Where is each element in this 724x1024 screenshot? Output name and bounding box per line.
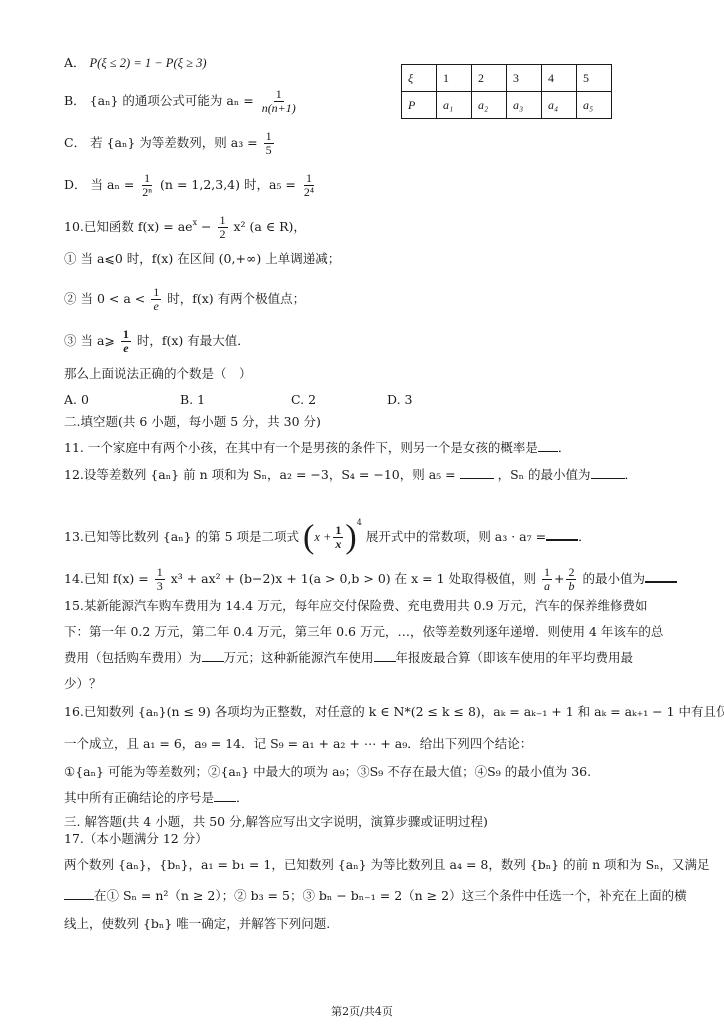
denominator: x	[333, 538, 343, 551]
fraction: 1e	[121, 328, 131, 355]
punct: ．	[236, 790, 249, 805]
question-text: 14.已知 f(x) =	[64, 571, 149, 586]
question-text: 在① Sₙ = n²（n ≥ 2）；② b₃ = 5；③ bₙ − bₙ₋₁ =…	[94, 888, 687, 903]
section-3-title: 三. 解答题(共 4 小题，共 50 分,解答应写出文字说明，演算步骤或证明过程…	[64, 813, 488, 831]
answer-blank-2	[374, 649, 396, 662]
q16-line-4: 其中所有正确结论的序号是．	[64, 789, 249, 807]
denominator: 5	[264, 144, 274, 157]
q13: 13.已知等比数列 {aₙ} 的第 5 项是二项式 (x +1x)4 展开式中的…	[64, 514, 591, 551]
table-cell: ξ	[402, 65, 437, 92]
denominator: b	[566, 580, 576, 593]
question-text: 13.已知等比数列 {aₙ} 的第 5 项是二项式	[64, 529, 299, 544]
denominator: 2	[218, 228, 228, 241]
answer-blank-1	[202, 649, 224, 662]
question-text: 的最小值为	[582, 571, 645, 586]
question-text: 11. 一个家庭中有两个小孩，在其中有一个是男孩的条件下，则另一个是女孩的概率是	[64, 440, 538, 455]
q10-statement-1: ① 当 a⩽0 时，f(x) 在区间 (0,+∞) 上单调递减；	[64, 250, 340, 268]
exponent: 4	[357, 518, 362, 527]
numerator: 1	[333, 524, 343, 538]
table-cell: 5	[577, 65, 612, 92]
q15-line-2: 下：第一年 0.2 万元，第二年 0.4 万元，第三年 0.6 万元，…，依等差…	[64, 623, 663, 641]
numerator: 1	[264, 130, 274, 144]
q17-header: 17.（本小题满分 12 分）	[64, 830, 208, 848]
table-cell: 3	[507, 65, 542, 92]
punct: ．	[558, 440, 571, 455]
option-label: A．	[64, 55, 86, 70]
stem-text: −	[197, 219, 211, 234]
question-text: 12.设等差数列 {aₙ} 前 n 项和为 Sₙ，a₂ = −3，S₄ = −1…	[64, 467, 456, 482]
question-text: ，Sₙ 的最小值为	[498, 467, 591, 482]
left-paren: (	[303, 519, 314, 556]
q14: 14.已知 f(x) = 13 x³ + ax² + (b−2)x + 1(a …	[64, 566, 677, 593]
q9-option-c: C． 若 {aₙ} 为等差数列，则 a₃ = 15	[64, 130, 276, 157]
q12: 12.设等差数列 {aₙ} 前 n 项和为 Sₙ，a₂ = −3，S₄ = −1…	[64, 466, 637, 484]
q15-line-3: 费用（包括购车费用）为万元；这种新能源汽车使用年报废最合算（即该车使用的年平均费…	[64, 649, 633, 667]
q11: 11. 一个家庭中有两个小孩，在其中有一个是男孩的条件下，则另一个是女孩的概率是…	[64, 439, 570, 457]
option-label: B．	[64, 93, 86, 108]
question-text: 其中所有正确结论的序号是	[64, 790, 214, 805]
q17-line-2: 在① Sₙ = n²（n ≥ 2）；② b₃ = 5；③ bₙ − bₙ₋₁ =…	[64, 887, 687, 905]
statement-text: 时，f(x) 有两个极值点；	[167, 291, 305, 306]
denominator: e	[152, 300, 161, 313]
statement-text: ② 当 0 < a <	[64, 291, 145, 306]
binomial-term: x +	[314, 530, 331, 544]
fraction: 1n(n+1)	[260, 88, 298, 115]
q10-statement-2: ② 当 0 < a < 1e 时，f(x) 有两个极值点；	[64, 286, 305, 313]
option-text: 当 aₙ =	[91, 177, 135, 192]
table-cell: 4	[542, 65, 577, 92]
numerator: 1	[542, 566, 552, 580]
fraction: 2b	[566, 566, 576, 593]
fraction: 1e	[151, 286, 161, 313]
table-cell: 1	[437, 65, 472, 92]
numerator: 1	[274, 88, 284, 102]
option-text: {aₙ} 的通项公式可能为 aₙ =	[90, 93, 254, 108]
answer-blank-2	[591, 466, 625, 479]
q15-line-1: 15.某新能源汽车购车费用为 14.4 万元，每年应交付保险费、充电费用共 0.…	[64, 597, 648, 615]
option-text: (n = 1,2,3,4) 时，a₅ =	[160, 177, 296, 192]
table-cell: a₄	[542, 92, 577, 119]
option-a: A. 0	[64, 391, 89, 409]
stem-text: 10.已知函数 f(x) = ae	[64, 219, 193, 234]
q17-line-3: 线上，使数列 {bₙ} 唯一确定，并解答下列问题.	[64, 915, 330, 933]
numerator: 1	[142, 172, 152, 186]
denominator: 2ⁿ	[140, 186, 154, 199]
fraction: 12⁴	[302, 172, 316, 199]
statement-text: 时，f(x) 有最大值．	[137, 333, 250, 348]
table-cell: a₂	[472, 92, 507, 119]
table-row: P a₁ a₂ a₃ a₄ a₅	[402, 92, 612, 119]
option-c: C. 2	[291, 391, 316, 409]
table-cell: P	[402, 92, 437, 119]
option-label: D．	[64, 177, 87, 192]
q15-line-4: 少）？	[64, 675, 102, 693]
answer-blank	[214, 789, 236, 802]
answer-blank	[645, 569, 677, 583]
q10-statement-3: ③ 当 a⩾ 1e 时，f(x) 有最大值．	[64, 328, 250, 355]
punct: ．	[625, 467, 638, 482]
table-cell: a₅	[577, 92, 612, 119]
q10-question: 那么上面说法正确的个数是（ ）	[64, 365, 252, 383]
option-d: D. 3	[387, 391, 412, 409]
q9-option-b: B． {aₙ} 的通项公式可能为 aₙ = 1n(n+1)	[64, 88, 300, 115]
q10-stem: 10.已知函数 f(x) = aex − 12 x² (a ∈ R)，	[64, 214, 306, 241]
option-b: B. 1	[180, 391, 205, 409]
right-paren: )	[345, 519, 356, 556]
question-text: 万元；这种新能源汽车使用	[224, 650, 374, 665]
section-2-title: 二.填空题(共 6 小题，每小题 5 分，共 30 分)	[64, 413, 321, 431]
numerator: 1	[218, 214, 228, 228]
question-text: x³ + ax² + (b−2)x + 1(a > 0,b > 0) 在 x =…	[171, 571, 536, 586]
numerator: 1	[121, 328, 131, 342]
stem-text: x² (a ∈ R)，	[234, 219, 306, 234]
question-text: 年报废最合算（即该车使用的年平均费用最	[396, 650, 634, 665]
fraction: 15	[264, 130, 274, 157]
option-label: C．	[64, 135, 86, 150]
denominator: a	[542, 580, 552, 593]
answer-blank	[546, 527, 578, 541]
answer-blank-1	[460, 466, 494, 479]
option-text: 若 {aₙ} 为等差数列，则 a₃ =	[90, 135, 258, 150]
statement-text: ③ 当 a⩾	[64, 333, 115, 348]
distribution-table: ξ 1 2 3 4 5 P a₁ a₂ a₃ a₄ a₅	[401, 64, 612, 119]
table-cell: a₁	[437, 92, 472, 119]
question-text: 展开式中的常数项，则 a₃ · a₇ =	[366, 529, 546, 544]
denominator: 2⁴	[302, 186, 316, 199]
numerator: 1	[155, 566, 165, 580]
page-footer: 第2页/共4页	[0, 1003, 724, 1019]
option-text: P(ξ ≤ 2) = 1 − P(ξ ≥ 3)	[90, 56, 207, 70]
denominator: n(n+1)	[260, 102, 298, 115]
operator: +	[554, 571, 564, 586]
table-header-row: ξ 1 2 3 4 5	[402, 65, 612, 92]
answer-blank	[64, 887, 94, 900]
q17-line-1: 两个数列 {aₙ}，{bₙ}，a₁ = b₁ = 1，已知数列 {aₙ} 为等比…	[64, 856, 710, 874]
fraction: 13	[155, 566, 165, 593]
q16-line-1: 16.已知数列 {aₙ}(n ≤ 9) 各项均为正整数，对任意的 k ∈ N*(…	[64, 703, 724, 721]
q9-option-a: A． P(ξ ≤ 2) = 1 − P(ξ ≥ 3)	[64, 54, 206, 72]
fraction: 12	[218, 214, 228, 241]
numerator: 1	[304, 172, 314, 186]
table-cell: 2	[472, 65, 507, 92]
question-text: 费用（包括购车费用）为	[64, 650, 202, 665]
answer-blank	[538, 439, 558, 452]
denominator: e	[121, 342, 130, 355]
q9-option-d: D． 当 aₙ = 12ⁿ (n = 1,2,3,4) 时，a₅ = 12⁴	[64, 172, 318, 199]
fraction: 1a	[542, 566, 552, 593]
table-cell: a₃	[507, 92, 542, 119]
numerator: 1	[151, 286, 161, 300]
numerator: 2	[566, 566, 576, 580]
q16-line-2: 一个成立，且 a₁ = 6，a₉ = 14．记 S₉ = a₁ + a₂ + ⋯…	[64, 735, 532, 753]
q16-line-3: ①{aₙ} 可能为等差数列；②{aₙ} 中最大的项为 a₉；③S₉ 不存在最大值…	[64, 763, 591, 781]
fraction: 1x	[333, 524, 343, 551]
fraction: 12ⁿ	[140, 172, 154, 199]
punct: ．	[578, 529, 591, 544]
denominator: 3	[155, 580, 165, 593]
